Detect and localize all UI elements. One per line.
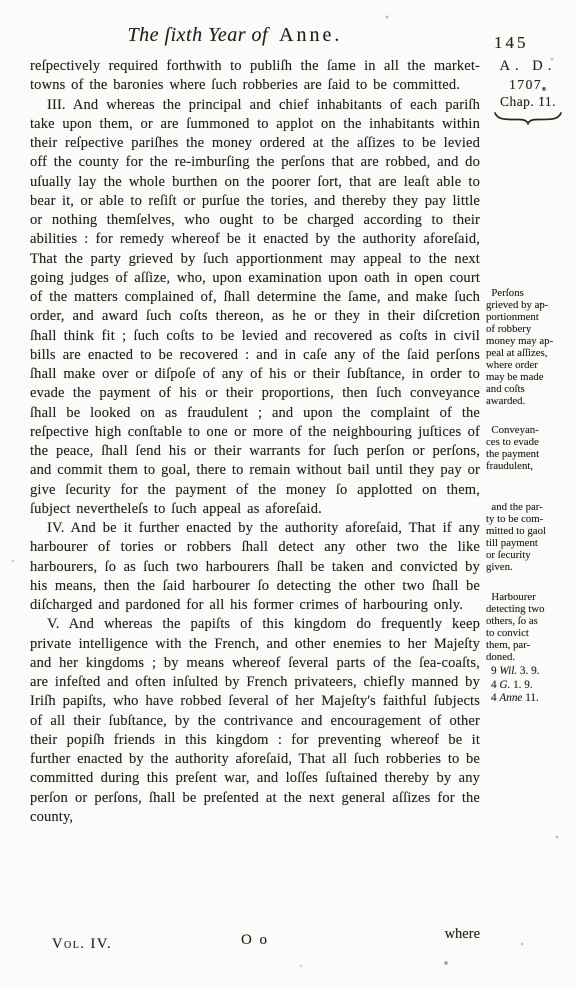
brace-icon	[482, 110, 574, 125]
citation-line: 4 G. 1. 9.	[491, 679, 574, 693]
margin-note-appeal: Perſons grieved by ap- portionment of ro…	[486, 287, 574, 407]
paragraph-section-v: V. And whereas the papiſts of this kingd…	[30, 615, 480, 827]
catchword: where	[30, 926, 480, 943]
paragraph-section-iv: IV. And be it further enacted by the aut…	[30, 519, 480, 615]
body-text: reſpectively required forthwith to publi…	[30, 57, 480, 827]
page-number: 145	[494, 33, 529, 53]
running-header: The ſixth Year of Anne.	[30, 24, 480, 47]
citation-line: 9 Wil. 3. 9.	[491, 665, 574, 679]
paragraph-section-iii: III. And whereas the principal and chief…	[30, 96, 480, 520]
statute-citations: 9 Wil. 3. 9. 4 G. 1. 9. 4 Anne 11.	[486, 665, 574, 706]
margin-year-1707: 1707.	[482, 77, 574, 93]
margin-year-ad: A. D.	[482, 58, 574, 75]
scan-speckles	[0, 0, 2, 2]
margin-year-block: A. D. 1707. Chap. 11.	[482, 58, 574, 125]
margin-note-conveyance: Conveyan- ces to evade the payment fraud…	[486, 424, 574, 472]
paragraph-continuation: reſpectively required forthwith to publi…	[30, 57, 480, 96]
margin-note-harbourer: Harbourer detecting two others, ſo as to…	[486, 591, 574, 706]
page-title-roman: Anne.	[279, 24, 342, 46]
margin-note-gaol: and the par- ty to be com- mitted to gao…	[486, 501, 574, 573]
citation-line: 4 Anne 11.	[491, 692, 574, 706]
page-title-italic: The ſixth Year of	[128, 24, 269, 46]
margin-chapter: Chap. 11.	[482, 94, 574, 110]
margin-note-harbourer-text: Harbourer detecting two others, ſo as to…	[486, 591, 574, 663]
book-page: The ſixth Year of Anne. 145 reſpectively…	[0, 0, 576, 990]
